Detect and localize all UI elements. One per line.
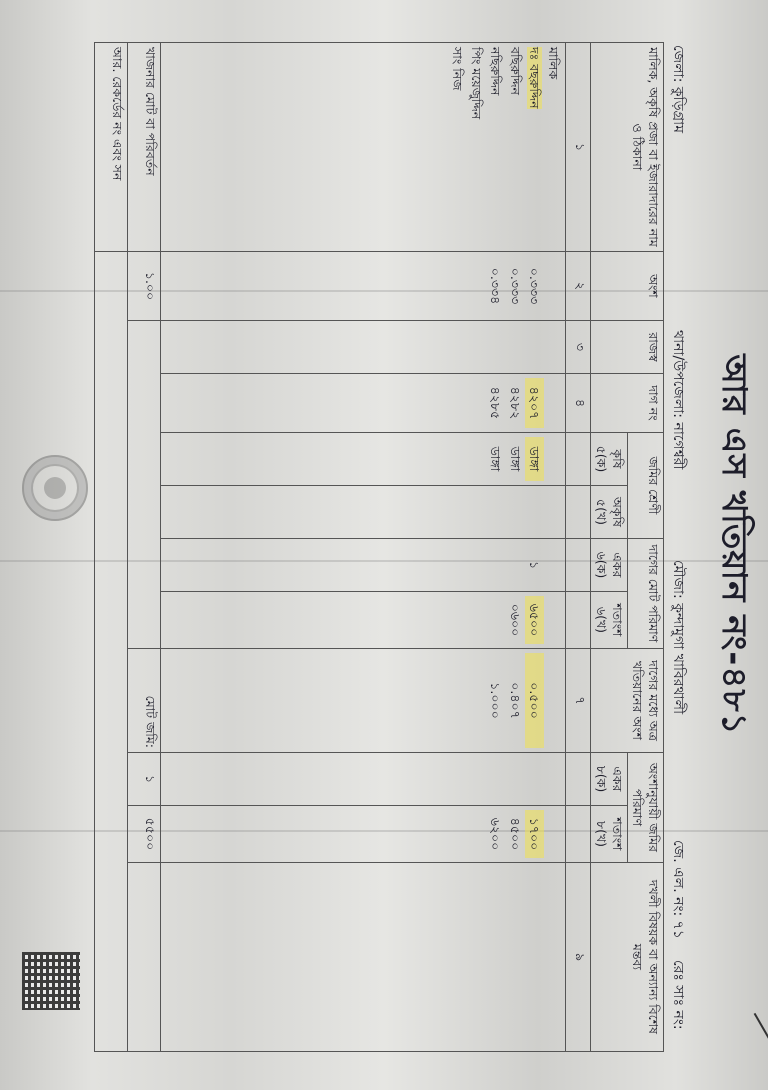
col-num: ১ xyxy=(566,43,591,252)
plot-decimal: ০৬০০ xyxy=(505,596,524,644)
plot-acre-cell: ১ xyxy=(161,539,566,592)
owner-cell: মালিক দঃ বছরুদ্দিন বছিরুদ্দিন নছিরুদ্দিন… xyxy=(161,43,566,252)
header-share-decimal: শতাংশ ৮(খ) xyxy=(591,806,627,863)
header-land-class: জমির শ্রেণী xyxy=(627,433,663,539)
col-num: ৭ xyxy=(566,649,591,753)
header-owner: মালিক, অকৃষি প্রজা বা ইজারাদারের নাম ও ঠ… xyxy=(591,43,664,252)
header-plot-acre: একর ৬(ক) xyxy=(591,539,627,592)
share-value: ০.৩৩৪ xyxy=(486,256,505,316)
revenue-total-label: খাজনার মোট বা পরিবর্তন xyxy=(128,43,161,252)
plot-decimal: ৬৫০০ xyxy=(525,596,544,644)
total-decimal: ৫৫০০ xyxy=(128,806,161,863)
owner-line: বছিরুদ্দিন xyxy=(505,47,524,247)
share-decimal: ১৭০০ xyxy=(525,810,544,858)
col-num: ৯ xyxy=(566,863,591,1052)
col-num xyxy=(566,592,591,649)
header-plot-decimal: শতাংশ ৬(খ) xyxy=(591,592,627,649)
share-decimal-cell: ১৭০০ ৪৫০০ ৬২০০ xyxy=(161,806,566,863)
header-agri: কৃষি ৫(ক) xyxy=(591,433,627,486)
plot-number: ৪২০৭ xyxy=(525,378,544,428)
header-nonagri: অকৃষি ৫(খ) xyxy=(591,486,627,539)
column-number-row: ১ ২ ৩ ৪ ৭ ৯ xyxy=(566,43,591,1052)
owner-line: নছিরুদ্দিন xyxy=(486,47,505,247)
official-seal xyxy=(22,455,88,521)
plot-number: ৪২৮২ xyxy=(505,378,524,428)
nonagri-cell xyxy=(161,486,566,539)
footer-spacer xyxy=(128,321,161,649)
owner-line: দঃ বছরুদ্দিন xyxy=(527,47,542,109)
record-value xyxy=(95,252,128,1052)
khatian-share: ০.৪০৭ xyxy=(505,653,524,748)
col-num xyxy=(566,753,591,806)
header-remarks: দখলী বিষয়ক বা অন্যান্য বিশেষ মন্তব্য xyxy=(591,863,664,1052)
khatian-share-cell: ০.৫০০ ০.৪০৭ ১.০০০ xyxy=(161,649,566,753)
khatian-page: আর এস খতিয়ান নং-৪৮১ জেলা: কুড়িগ্রাম থা… xyxy=(0,0,768,1090)
owner-line: সাং নিজ xyxy=(447,47,466,247)
revenue-total: ১.০০ xyxy=(128,252,161,321)
plot-number: ৪২৮৫ xyxy=(486,378,505,428)
col-num xyxy=(566,486,591,539)
share-cell: ০.৩৩৩ ০.৩৩৩ ০.৩৩৪ xyxy=(161,252,566,321)
header-row: মালিক, অকৃষি প্রজা বা ইজারাদারের নাম ও ঠ… xyxy=(627,43,663,1052)
header-share: অংশ xyxy=(591,252,664,321)
col-num xyxy=(566,433,591,486)
header-plot-total: দাগের মোট পরিমাণ xyxy=(627,539,663,649)
total-acre: ১ xyxy=(128,753,161,806)
plot-cell: ৪২০৭ ৪২৮২ ৪২৮৫ xyxy=(161,374,566,433)
owner-line: পিং ময়েজুদ্দিন xyxy=(467,47,486,247)
header-khatian-share: দাগের মধ্যে অত্র খতিয়ানের অংশ xyxy=(591,649,664,753)
agri-cell: ডাঙ্গা ডাঙ্গা ডাঙ্গা xyxy=(161,433,566,486)
share-value: ০.৩৩৩ xyxy=(505,256,524,316)
header-share-area: অংশানুযায়ী জমির পরিমাণ xyxy=(627,753,663,863)
plot-acre: ১ xyxy=(525,543,544,587)
footer-remarks xyxy=(128,863,161,1052)
share-value: ০.৩৩৩ xyxy=(525,256,544,316)
khatian-share: ১.০০০ xyxy=(486,653,505,748)
scanned-paper: আর এস খতিয়ান নং-৪৮১ জেলা: কুড়িগ্রাম থা… xyxy=(0,0,768,1090)
col-num: ৩ xyxy=(566,321,591,374)
jl-number: জে. এল. নং: ৭১ xyxy=(666,840,690,939)
col-num: ২ xyxy=(566,252,591,321)
record-label: আর. রেকর্ডের নং এবং সন xyxy=(95,43,128,252)
khatian-table: মালিক, অকৃষি প্রজা বা ইজারাদারের নাম ও ঠ… xyxy=(95,42,665,1052)
plot-decimal-cell: ৬৫০০ ০৬০০ xyxy=(161,592,566,649)
khatian-share: ০.৫০০ xyxy=(525,653,544,748)
upazila: থানা/উপজেলা: নাগেশ্বরী xyxy=(666,330,690,469)
share-decimal: ৪৫০০ xyxy=(505,810,524,858)
table-row: মালিক দঃ বছরুদ্দিন বছিরুদ্দিন নছিরুদ্দিন… xyxy=(161,43,566,1052)
header-revenue: রাজস্ব xyxy=(591,321,664,374)
re-sa-number: রেঃ সাঃ নং: xyxy=(666,960,690,1030)
revenue-cell xyxy=(161,321,566,374)
land-class: ডাঙ্গা xyxy=(505,437,524,481)
record-row: আর. রেকর্ডের নং এবং সন xyxy=(95,43,128,1052)
header-plot-no: দাগ নং xyxy=(591,374,664,433)
total-land-label: মোট জমি: xyxy=(128,649,161,753)
col-num xyxy=(566,539,591,592)
footer-row: খাজনার মোট বা পরিবর্তন ১.০০ মোট জমি: ১ ৫… xyxy=(128,43,161,1052)
document-title: আর এস খতিয়ান নং-৪৮১ xyxy=(703,0,760,1090)
land-class: ডাঙ্গা xyxy=(525,437,544,481)
share-acre-cell xyxy=(161,753,566,806)
owner-line: মালিক xyxy=(544,47,563,247)
col-num xyxy=(566,806,591,863)
header-share-acre: একর ৮(ক) xyxy=(591,753,627,806)
share-decimal: ৬২০০ xyxy=(486,810,505,858)
col-num: ৪ xyxy=(566,374,591,433)
qr-code xyxy=(22,952,80,1010)
remarks-cell xyxy=(161,863,566,1052)
mouza: মৌজা: কুন্দামুগা খাবিরথালী xyxy=(666,560,690,714)
district: জেলা: কুড়িগ্রাম xyxy=(666,45,690,133)
land-class: ডাঙ্গা xyxy=(486,437,505,481)
